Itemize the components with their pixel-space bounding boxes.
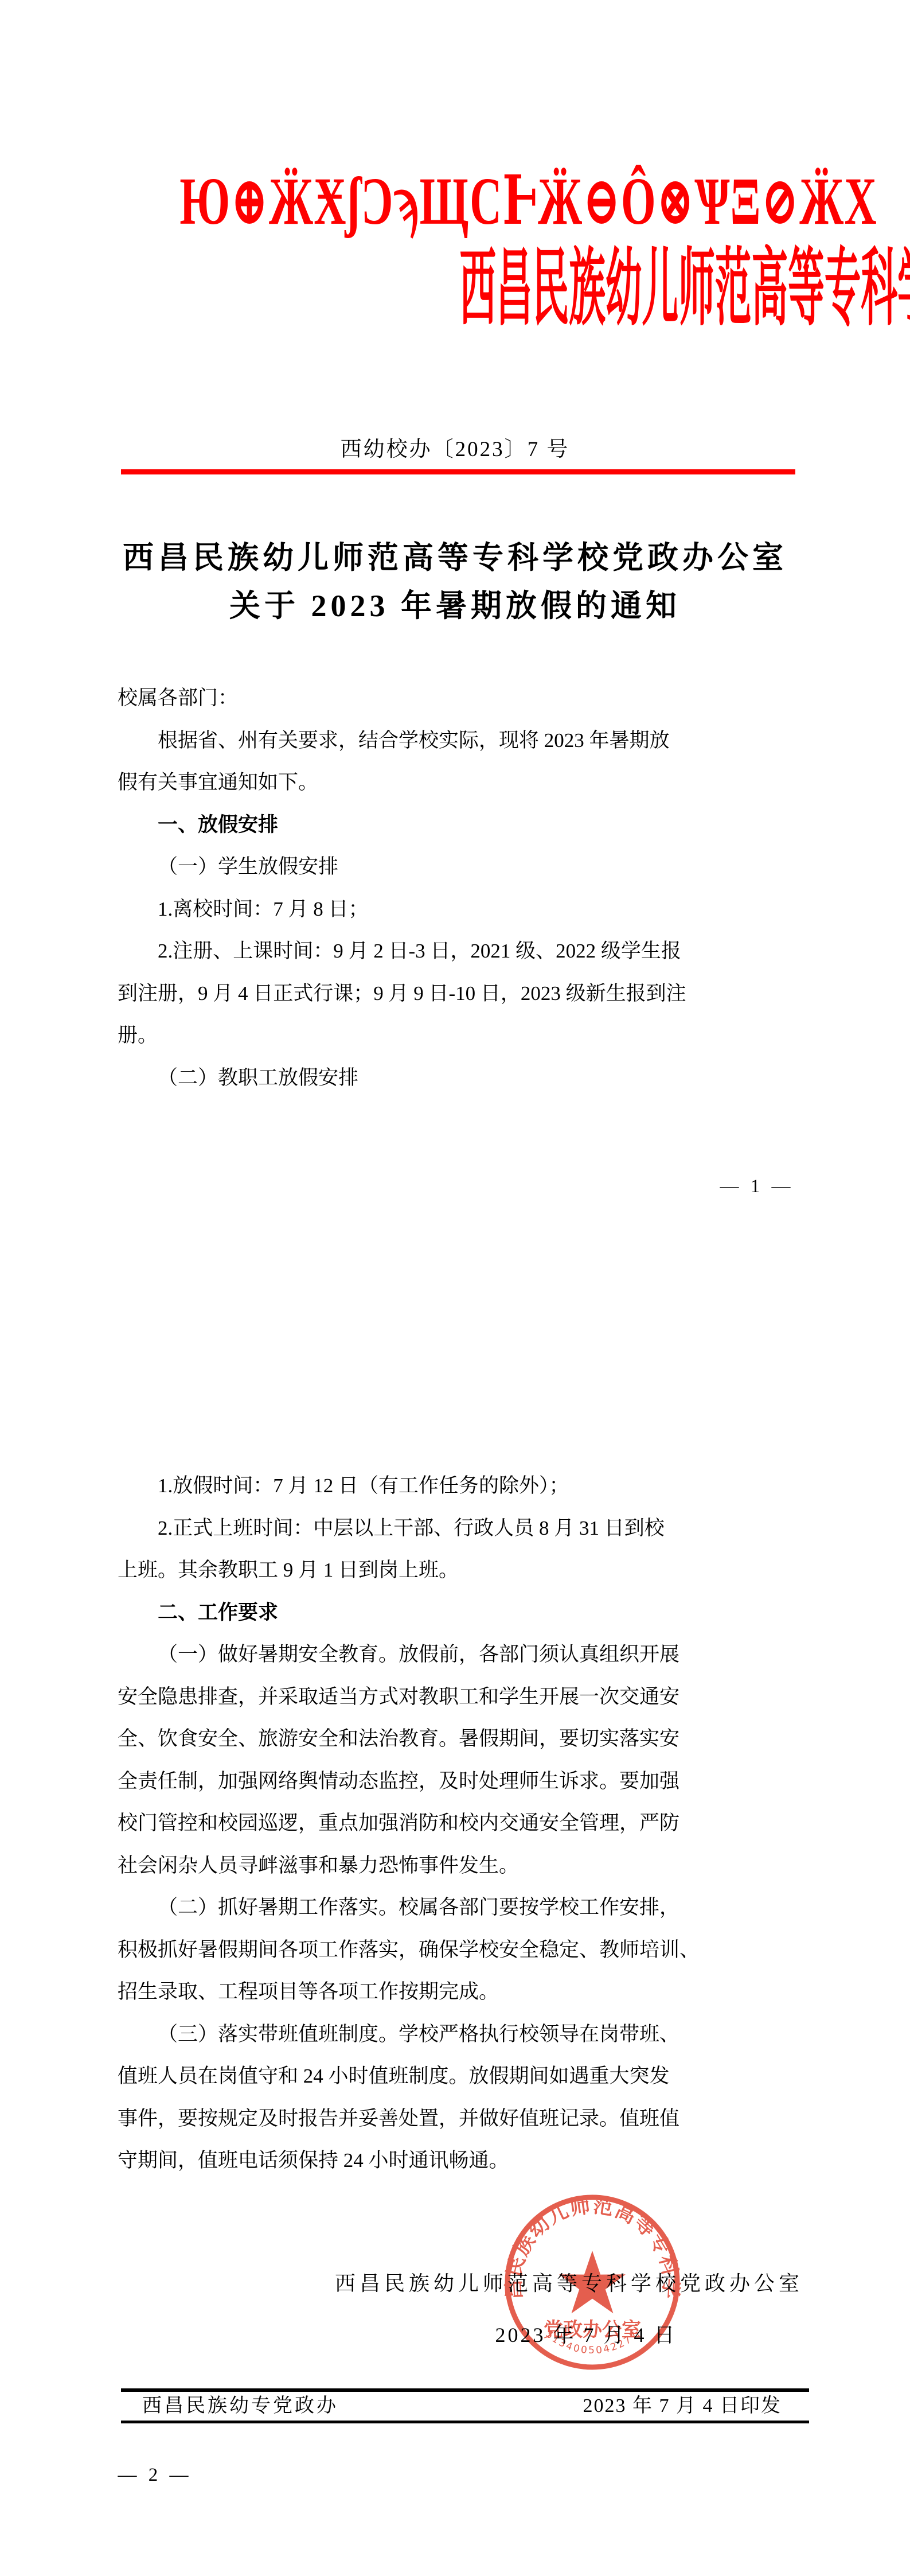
body-line: 招生录取、工程项目等各项工作按期完成。 xyxy=(118,1971,801,2013)
footer-rule-bottom xyxy=(121,2421,809,2423)
document-title-line-1: 西昌民族幼儿师范高等专科学校党政办公室 xyxy=(0,540,910,575)
body-line: 册。 xyxy=(118,1014,801,1057)
section-heading-line: 一、放假安排 xyxy=(118,804,801,846)
page1-body: 校属各部门： 根据省、州有关要求，结合学校实际，现将 2023 年暑期放 假有关… xyxy=(118,677,801,1099)
footer-rule-top xyxy=(121,2388,809,2392)
seal-star-icon xyxy=(559,2251,626,2313)
red-header-org-name: 西昌民族幼儿师范高等专科学校办公室文件 xyxy=(0,247,910,332)
subsection-heading-line: （一）学生放假安排 xyxy=(118,846,801,888)
yi-script-text: Ю⊕ӜӾʃϽϡЩϹͰӜ⊖Ô⊗ѰΞ⊘ӜХ xyxy=(179,168,877,235)
subsection-heading-line: （二）教职工放假安排 xyxy=(118,1057,801,1099)
body-line: 假有关事宜通知如下。 xyxy=(118,761,801,804)
footer-print-date: 2023 年 7 月 4 日印发 xyxy=(583,2392,782,2420)
salutation-line: 校属各部门： xyxy=(118,677,801,719)
body-line: 事件，要按规定及时报告并妥善处置，并做好值班记录。值班值 xyxy=(118,2098,801,2140)
body-line: 根据省、州有关要求，结合学校实际，现将 2023 年暑期放 xyxy=(118,719,801,762)
body-line: 值班人员在岗值守和 24 小时值班制度。放假期间如遇重大突发 xyxy=(118,2055,801,2098)
body-line: 积极抓好暑假期间各项工作落实，确保学校安全稳定、教师培训、 xyxy=(118,1929,801,1971)
body-line: 社会闲杂人员寻衅滋事和暴力恐怖事件发生。 xyxy=(118,1845,801,1887)
page-number-1: — 1 — xyxy=(708,1176,806,1197)
body-line: 到注册，9 月 4 日正式行课；9 月 9 日-10 日，2023 级新生报到注 xyxy=(118,972,801,1015)
yi-script-line: Ю⊕ӜӾʃϽϡЩϹͰӜ⊖Ô⊗ѰΞ⊘ӜХ xyxy=(0,168,910,235)
document-number: 西幼校办〔2023〕7 号 xyxy=(0,431,910,462)
body-line: 安全隐患排查，并采取适当方式对教职工和学生开展一次交通安 xyxy=(118,1676,801,1718)
body-line: 2.注册、上课时间：9 月 2 日-3 日，2021 级、2022 级学生报 xyxy=(118,930,801,972)
page2-body: 1.放假时间：7 月 12 日（有工作任务的除外）； 2.正式上班时间：中层以上… xyxy=(118,1465,801,2182)
body-line: 全责任制，加强网络舆情动态监控，及时处理师生诉求。要加强 xyxy=(118,1760,801,1803)
red-separator-rule xyxy=(121,469,795,474)
official-seal: 西昌民族幼儿师范高等专科学校 党政办公室 5134005042277 xyxy=(501,2190,684,2374)
body-line: 1.离校时间：7 月 8 日； xyxy=(118,888,801,931)
body-line: 守期间，值班电话须保持 24 小时通讯畅通。 xyxy=(118,2139,801,2182)
footer-issuer: 西昌民族幼专党政办 xyxy=(142,2392,338,2420)
body-line: 上班。其余教职工 9 月 1 日到岗上班。 xyxy=(118,1549,801,1591)
body-line: （三）落实带班值班制度。学校严格执行校领导在岗带班、 xyxy=(118,2013,801,2056)
official-document: Ю⊕ӜӾʃϽϡЩϹͰӜ⊖Ô⊗ѰΞ⊘ӜХ 西昌民族幼儿师范高等专科学校办公室文件 … xyxy=(0,0,910,2576)
body-line: 校门管控和校园巡逻，重点加强消防和校内交通安全管理，严防 xyxy=(118,1802,801,1845)
body-line: 全、饮食安全、旅游安全和法治教育。暑假期间，要切实落实安 xyxy=(118,1718,801,1760)
body-line: （二）抓好暑期工作落实。校属各部门要按学校工作安排， xyxy=(118,1886,801,1929)
body-line: 1.放假时间：7 月 12 日（有工作任务的除外）； xyxy=(118,1465,801,1507)
document-title-line-2: 关于 2023 年暑期放假的通知 xyxy=(0,589,910,623)
body-line: （一）做好暑期安全教育。放假前，各部门须认真组织开展 xyxy=(118,1633,801,1676)
page-number-2: — 2 — xyxy=(106,2465,204,2486)
section-heading-line: 二、工作要求 xyxy=(118,1591,801,1634)
body-line: 2.正式上班时间：中层以上干部、行政人员 8 月 31 日到校 xyxy=(118,1507,801,1550)
